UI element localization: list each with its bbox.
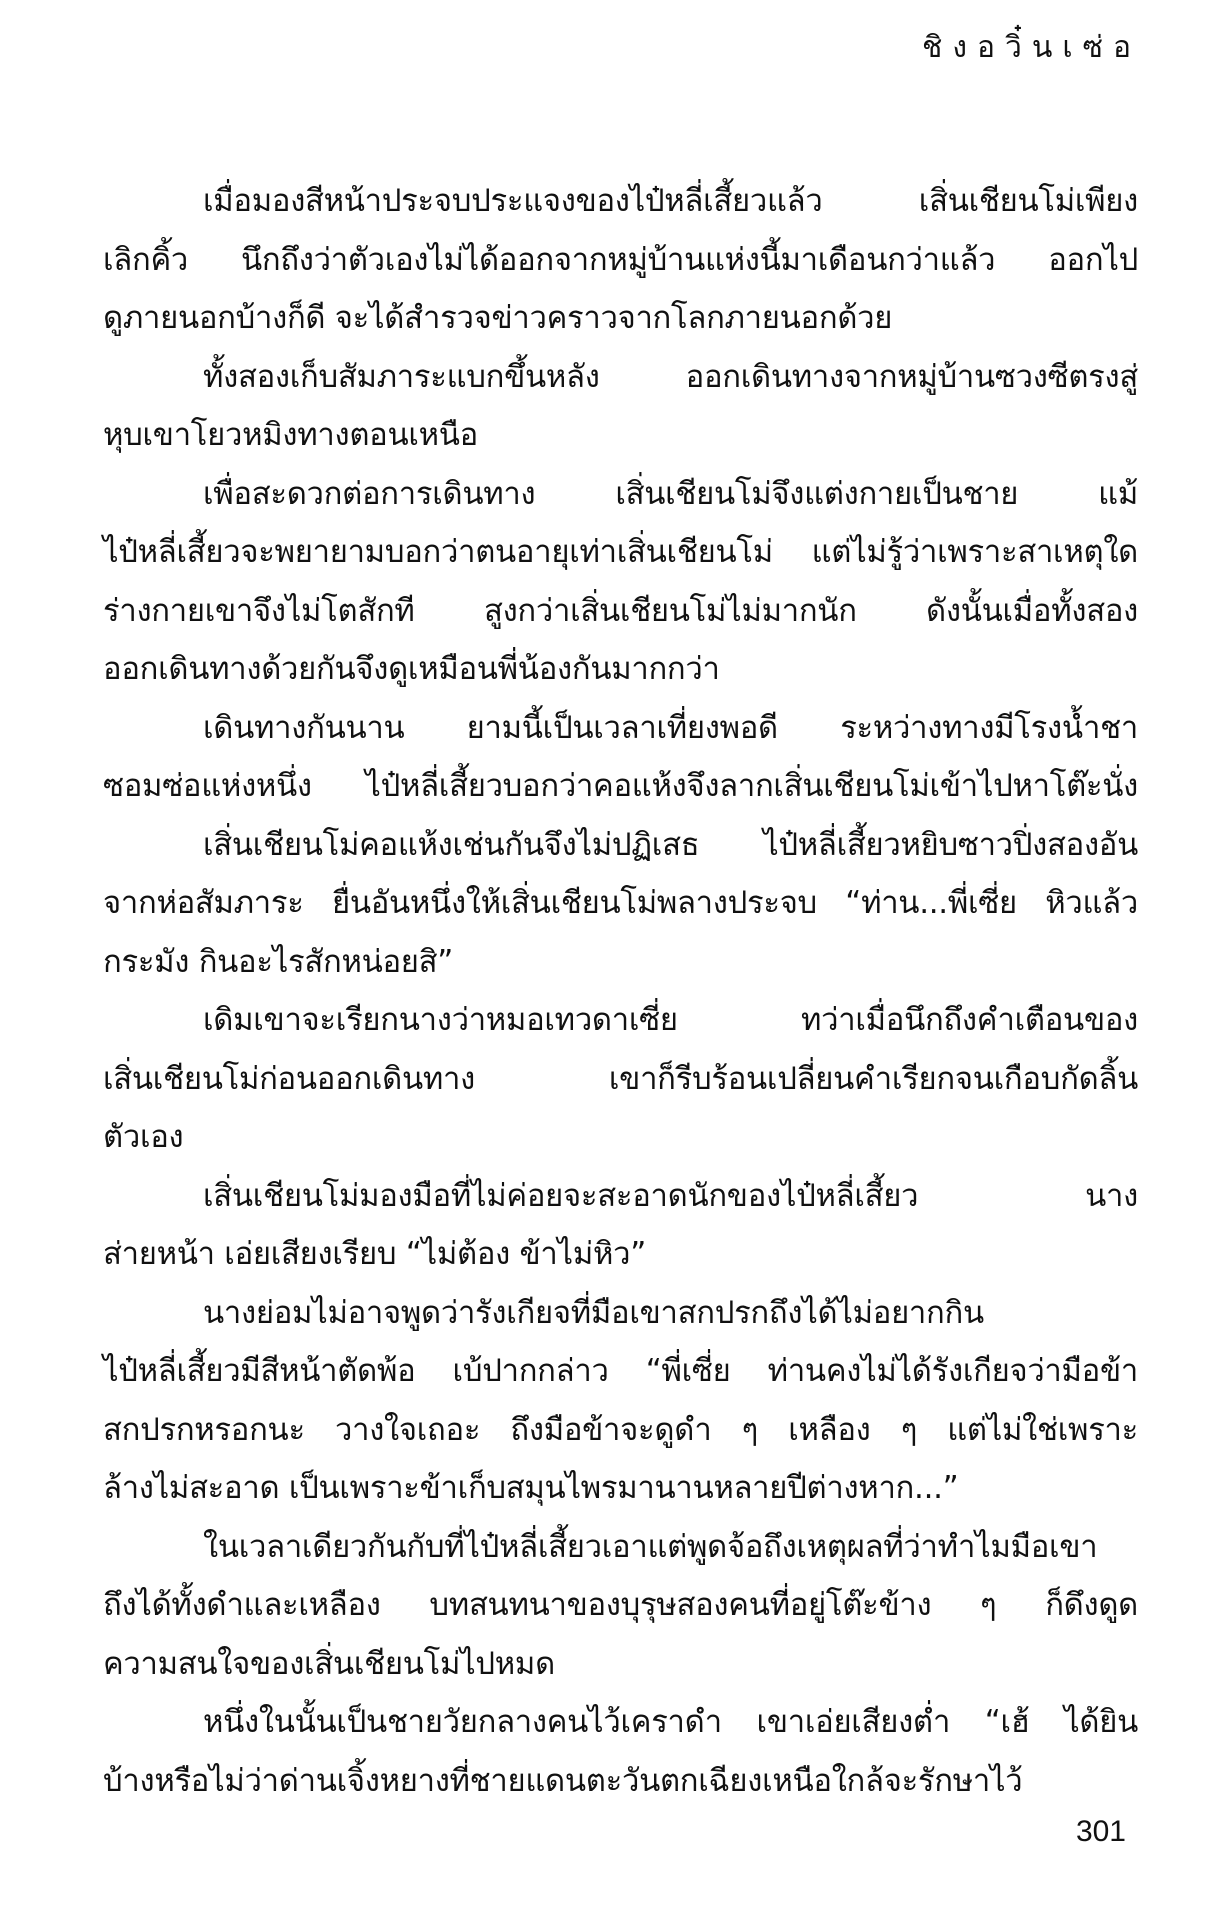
body-text: เมื่อมองสีหน้าประจบประแจงของไป๋หลี่เสี้ย… (103, 172, 1138, 1810)
text-line: นางย่อมไม่อาจพูดว่ารังเกียจที่มือเขาสกปร… (103, 1284, 1138, 1343)
text-line: เสิ่นเชียนโม่ก่อนออกเดินทาง เขาก็รีบร้อน… (103, 1050, 1138, 1109)
text-line: เสิ่นเชียนโม่คอแห้งเช่นกันจึงไม่ปฏิเสธ ไ… (103, 816, 1138, 875)
text-line: ความสนใจของเสิ่นเชียนโม่ไปหมด (103, 1635, 1138, 1694)
text-line: ในเวลาเดียวกันกับที่ไป๋หลี่เสี้ยวเอาแต่พ… (103, 1518, 1138, 1577)
text-line: บ้างหรือไม่ว่าด่านเจิ้งหยางที่ชายแดนตะวั… (103, 1752, 1138, 1811)
text-line: ไป๋หลี่เสี้ยวจะพยายามบอกว่าตนอายุเท่าเสิ… (103, 523, 1138, 582)
page-number: 301 (1076, 1812, 1126, 1852)
text-line: ทั้งสองเก็บสัมภาระแบกขึ้นหลัง ออกเดินทาง… (103, 348, 1138, 407)
text-line: หุบเขาโยวหมิงทางตอนเหนือ (103, 406, 1138, 465)
text-line: ร่างกายเขาจึงไม่โตสักที สูงกว่าเสิ่นเชีย… (103, 582, 1138, 641)
text-line: ตัวเอง (103, 1108, 1138, 1167)
text-line: เลิกคิ้ว นึกถึงว่าตัวเองไม่ได้ออกจากหมู่… (103, 231, 1138, 290)
text-line: ออกเดินทางด้วยกันจึงดูเหมือนพี่น้องกันมา… (103, 640, 1138, 699)
running-header-title: ชิงอวิ๋นเซ่อ (922, 28, 1141, 68)
text-line: ถึงได้ทั้งดำและเหลือง บทสนทนาของบุรุษสอง… (103, 1576, 1138, 1635)
text-line: ส่ายหน้า เอ่ยเสียงเรียบ “ไม่ต้อง ข้าไม่ห… (103, 1225, 1138, 1284)
text-line: หนึ่งในนั้นเป็นชายวัยกลางคนไว้เคราดำ เขา… (103, 1693, 1138, 1752)
text-line: ไป๋หลี่เสี้ยวมีสีหน้าตัดพ้อ เบ้ปากกล่าว … (103, 1342, 1138, 1401)
text-line: สกปรกหรอกนะ วางใจเถอะ ถึงมือข้าจะดูดำ ๆ … (103, 1401, 1138, 1460)
text-line: ล้างไม่สะอาด เป็นเพราะข้าเก็บสมุนไพรมานา… (103, 1459, 1138, 1518)
text-line: เสิ่นเชียนโม่มองมือที่ไม่ค่อยจะสะอาดนักข… (103, 1167, 1138, 1226)
text-line: กระมัง กินอะไรสักหน่อยสิ” (103, 933, 1138, 992)
text-line: ดูภายนอกบ้างก็ดี จะได้สำรวจข่าวคราวจากโล… (103, 289, 1138, 348)
text-line: จากห่อสัมภาระ ยื่นอันหนึ่งให้เสิ่นเชียนโ… (103, 874, 1138, 933)
book-page: ชิงอวิ๋นเซ่อ เมื่อมองสีหน้าประจบประแจงขอ… (0, 0, 1231, 1920)
text-line: เดินทางกันนาน ยามนี้เป็นเวลาเที่ยงพอดี ร… (103, 699, 1138, 758)
text-line: ซอมซ่อแห่งหนึ่ง ไป๋หลี่เสี้ยวบอกว่าคอแห้… (103, 757, 1138, 816)
text-line: เมื่อมองสีหน้าประจบประแจงของไป๋หลี่เสี้ย… (103, 172, 1138, 231)
text-line: เดิมเขาจะเรียกนางว่าหมอเทวดาเซี่ย ทว่าเม… (103, 991, 1138, 1050)
text-line: เพื่อสะดวกต่อการเดินทาง เสิ่นเชียนโม่จึง… (103, 465, 1138, 524)
